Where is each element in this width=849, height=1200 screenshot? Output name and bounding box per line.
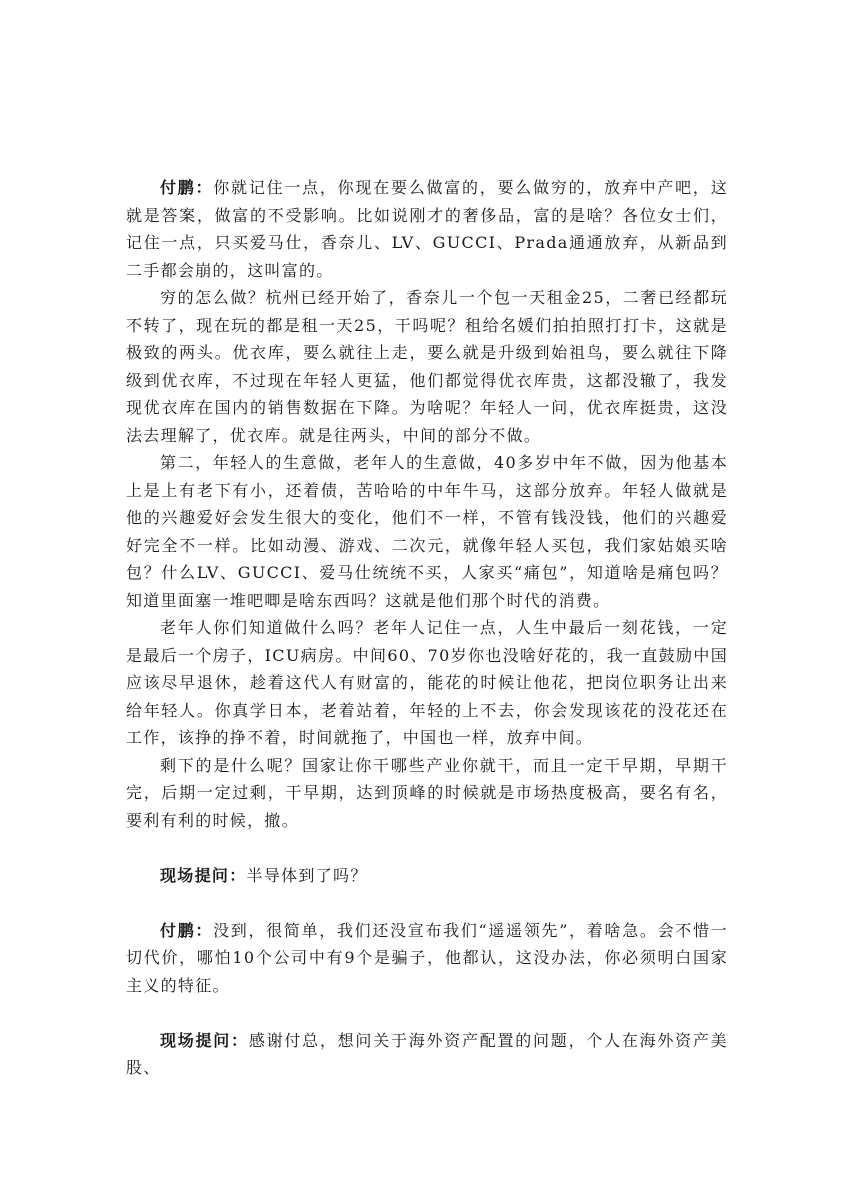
paragraph-text: 老年人你们知道做什么吗？老年人记住一点，人生中最后一刻花钱，一定是最后一个房子，…: [126, 618, 728, 747]
paragraph-text: 剩下的是什么呢？国家让你干哪些产业你就干，而且一定干早期，早期干完，后期一定过剩…: [126, 756, 728, 830]
paragraph-poor-strategy: 穷的怎么做？杭州已经开始了，香奈儿一个包一天租金25，二奢已经都玩不转了，现在玩…: [126, 284, 728, 449]
paragraph-young-and-old: 第二，年轻人的生意做，老年人的生意做，40多岁中年不做，因为他基本上是上有老下有…: [126, 449, 728, 614]
speaker-label: 付鹏：: [160, 921, 213, 940]
paragraph-answer-rich-or-poor: 付鹏：你就记住一点，你现在要么做富的，要么做穷的，放弃中产吧，这就是答案，做富的…: [126, 174, 728, 284]
document-page: 付鹏：你就记住一点，你现在要么做富的，要么做穷的，放弃中产吧，这就是答案，做富的…: [126, 174, 728, 1082]
speaker-label: 现场提问：: [160, 866, 247, 885]
paragraph-text: 第二，年轻人的生意做，老年人的生意做，40多岁中年不做，因为他基本上是上有老下有…: [126, 453, 728, 610]
spacer: [126, 834, 728, 862]
paragraph-text: 半导体到了吗？: [247, 866, 368, 885]
paragraph-text: 你就记住一点，你现在要么做富的，要么做穷的，放弃中产吧，这就是答案，做富的不受影…: [126, 178, 728, 280]
paragraph-remaining-industries: 剩下的是什么呢？国家让你干哪些产业你就干，而且一定干早期，早期干完，后期一定过剩…: [126, 752, 728, 835]
speaker-label: 现场提问：: [160, 1031, 249, 1050]
question-overseas-assets: 现场提问：感谢付总，想问关于海外资产配置的问题，个人在海外资产美股、: [126, 1027, 728, 1082]
paragraph-text: 没到，很简单，我们还没宣布我们“遥遥领先”，着啥急。会不惜一切代价，哪怕10个公…: [126, 921, 728, 995]
paragraph-elderly-spending: 老年人你们知道做什么吗？老年人记住一点，人生中最后一刻花钱，一定是最后一个房子，…: [126, 614, 728, 752]
speaker-label: 付鹏：: [160, 178, 213, 197]
question-semiconductor: 现场提问：半导体到了吗？: [126, 862, 728, 890]
paragraph-text: 穷的怎么做？杭州已经开始了，香奈儿一个包一天租金25，二奢已经都玩不转了，现在玩…: [126, 288, 728, 445]
spacer: [126, 999, 728, 1027]
spacer: [126, 889, 728, 917]
answer-semiconductor: 付鹏：没到，很简单，我们还没宣布我们“遥遥领先”，着啥急。会不惜一切代价，哪怕1…: [126, 917, 728, 1000]
